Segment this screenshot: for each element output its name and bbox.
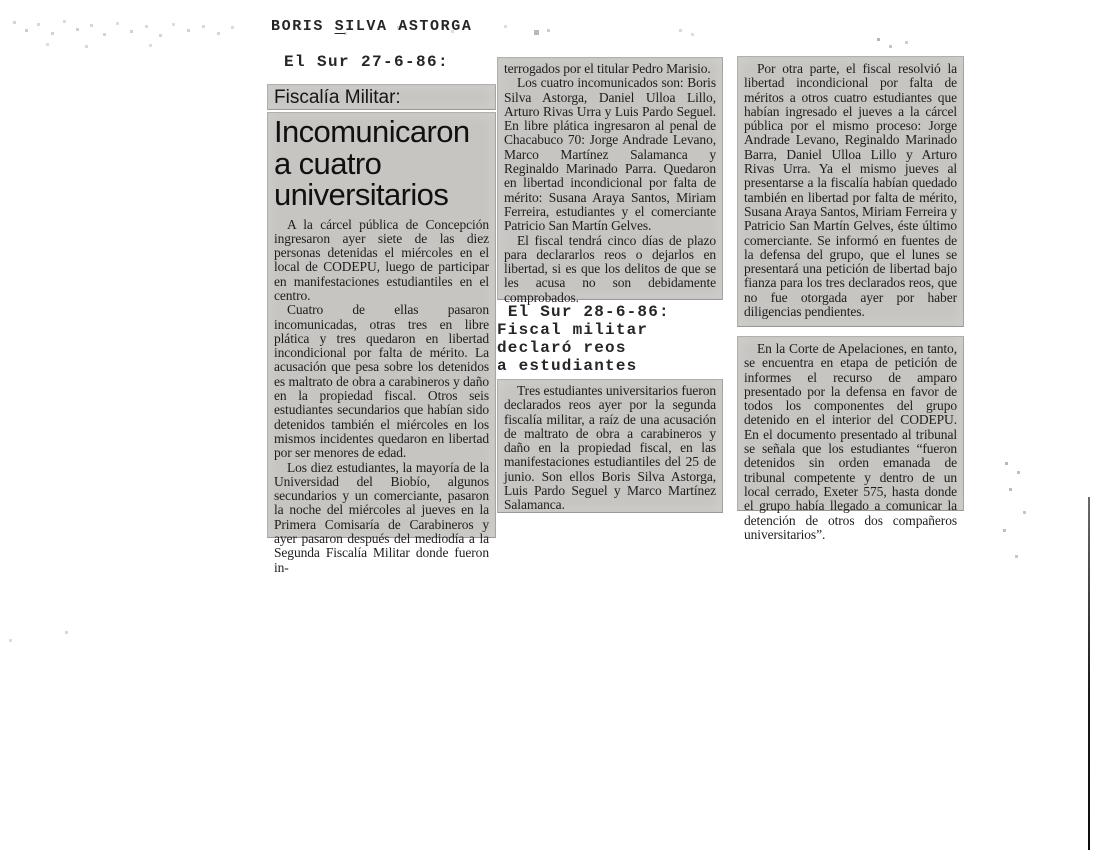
newspaper-clipping-article-2: Tres estudiantes universitarios fueron d…	[497, 379, 723, 513]
article-kicker: Fiscalía Militar:	[274, 87, 489, 108]
article-headline: Incomunicaron a cuatro universitarios	[274, 116, 489, 211]
typed-name-underlined-letter: S	[335, 18, 346, 35]
article-paragraph: En la Corte de Apelaciones, en tanto, se…	[744, 342, 957, 542]
article-paragraph: El fiscal tendrá cinco días de plazo par…	[504, 234, 716, 305]
article-paragraph: Los cuatro incomunicados son: Boris Silv…	[504, 76, 716, 233]
article-paragraph: Los diez estudiantes, la mayoría de la U…	[274, 461, 489, 575]
article-paragraph: terrogados por el titular Pedro Marisio.	[504, 62, 716, 76]
typed-name-part: BORIS	[271, 18, 335, 35]
typed-name-header: BORIS SILVA ASTORGA	[271, 18, 472, 35]
clipping2-date-label: El Sur 28-6-86: Fiscal militar declaró r…	[497, 303, 723, 375]
article-paragraph: A la cárcel pública de Concepción ingres…	[274, 218, 489, 304]
newspaper-clipping-kicker-block: Fiscalía Militar:	[267, 84, 496, 110]
newspaper-clipping-column-3-bottom: En la Corte de Apelaciones, en tanto, se…	[737, 336, 964, 511]
scanned-document-page: BORIS SILVA ASTORGA El Sur 27-6-86: Fisc…	[0, 0, 1100, 850]
article-paragraph: Tres estudiantes universitarios fueron d…	[504, 384, 716, 513]
scan-noise	[0, 0, 1, 1]
newspaper-clipping-column-2: terrogados por el titular Pedro Marisio.…	[497, 57, 723, 300]
article-paragraph: Cuatro de ellas pasaron incomunicadas, o…	[274, 303, 489, 460]
scan-artifact-line	[1088, 497, 1090, 850]
newspaper-clipping-column-1: Incomunicaron a cuatro universitarios A …	[267, 112, 496, 538]
article-paragraph: Por otra parte, el fiscal resolvió la li…	[744, 62, 957, 319]
typed-name-part: ILVA ASTORGA	[345, 18, 472, 35]
clipping1-date-label: El Sur 27-6-86:	[284, 53, 449, 71]
newspaper-clipping-column-3-top: Por otra parte, el fiscal resolvió la li…	[737, 56, 964, 327]
